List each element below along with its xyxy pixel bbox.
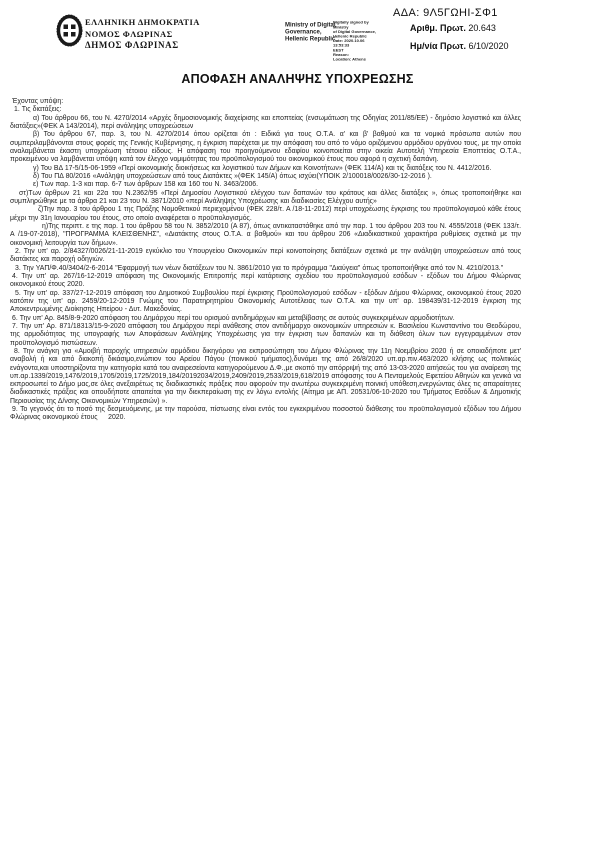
stamp-agency-line: Governance, [285, 28, 339, 35]
body-paragraph: 2. Την υπ' αρ. 2/84327/0026/21-11-2019 ε… [10, 248, 521, 265]
body-paragraph: η)Της περιπτ. ε της παρ. 1 του άρθρου 58… [10, 223, 521, 248]
body-paragraph: Έχοντας υπόψη: [10, 98, 521, 106]
stamp-signature-line: Location: Athens [333, 57, 381, 62]
body-paragraph: β) Του άρθρου 67, παρ. 3, του Ν. 4270/20… [10, 131, 521, 164]
page-title: ΑΠΟΦΑΣΗ ΑΝΑΛΗΨΗΣ ΥΠΟΧΡΕΩΣΗΣ [0, 72, 595, 86]
stamp-agency-text: Ministry of DigitalGovernance,Hellenic R… [285, 21, 339, 42]
body-paragraph: στ)Των άρθρων 21 και 22α του Ν.2362/95 «… [10, 190, 521, 207]
ada-line: ΑΔΑ: 9Λ5ΓΩΗΙ-ΣΦ1 [393, 7, 498, 19]
stamp-signature-line: Date: 2020.10.06 13:53:33 [333, 38, 381, 47]
protocol-date-label: Ημ/νία Πρωτ. [410, 41, 468, 51]
org-line: ΕΛΛΗΝΙΚΗ ΔΗΜΟΚΡΑΤΙΑ [85, 17, 200, 29]
ada-value: 9Λ5ΓΩΗΙ-ΣΦ1 [423, 7, 498, 19]
org-line: ΔΗΜΟΣ ΦΛΩΡΙΝΑΣ [85, 40, 200, 52]
org-line: ΝΟΜΟΣ ΦΛΩΡΙΝΑΣ [85, 29, 200, 41]
greek-coat-of-arms-logo [56, 14, 83, 52]
protocol-date-value: 6/10/2020 [468, 41, 508, 51]
body-paragraph: γ) Του ΒΔ 17-5/15-06-1959 «Περί οικονομι… [10, 165, 521, 173]
protocol-number-value: 20.643 [468, 23, 496, 33]
document-page: ΕΛΛΗΝΙΚΗ ΔΗΜΟΚΡΑΤΙΑΝΟΜΟΣ ΦΛΩΡΙΝΑΣΔΗΜΟΣ Φ… [0, 0, 595, 842]
org-block: ΕΛΛΗΝΙΚΗ ΔΗΜΟΚΡΑΤΙΑΝΟΜΟΣ ΦΛΩΡΙΝΑΣΔΗΜΟΣ Φ… [85, 17, 200, 52]
body-paragraph: 6. Την υπ' Αρ. 845/8-9-2020 απόφαση του … [10, 315, 521, 323]
stamp-signature-line: Digitally signed by Ministry [333, 20, 381, 29]
body-paragraph: 9. Το γεγονός ότι το ποσό της δεσμευόμεν… [10, 406, 521, 423]
body-paragraph: 3. Την ΥΑΠ/Φ.40/3404/2-6-2014 "Εφαρμογή … [10, 265, 521, 273]
document-body: Έχοντας υπόψη:1. Τις διατάξεις:α) Του άρ… [10, 98, 521, 423]
body-paragraph: 7. Την υπ' Αρ. 871/18313/15-9-2020 απόφα… [10, 323, 521, 348]
stamp-signature-text: Digitally signed by Ministryof Digital G… [333, 20, 381, 61]
protocol-number-row: Αριθμ. Πρωτ. 20.643 [410, 23, 496, 33]
body-paragraph: 5. Την υπ' αρ. 337/27-12-2019 απόφαση το… [10, 290, 521, 315]
body-paragraph: 4. Την υπ' αρ. 267/16-12-2019 απόφαση τη… [10, 273, 521, 290]
protocol-number-label: Αριθμ. Πρωτ. [410, 23, 468, 33]
protocol-date-row: Ημ/νία Πρωτ. 6/10/2020 [410, 41, 509, 51]
ada-label: ΑΔΑ: [393, 7, 423, 19]
body-paragraph: α) Του άρθρου 66, του Ν. 4270/2014 «Αρχέ… [10, 115, 521, 132]
stamp-agency-line: Hellenic Republic [285, 35, 339, 42]
body-paragraph: 8. Την ανάγκη για «Αμοιβή παροχής υπηρεσ… [10, 348, 521, 406]
coat-of-arms-icon [56, 14, 83, 47]
body-paragraph: ε) Των παρ. 1-3 και παρ. 6-7 των άρθρων … [10, 181, 521, 189]
body-paragraph: ζ)Την παρ. 3 του άρθρου 1 της Πράξης Νομ… [10, 206, 521, 223]
body-paragraph: 1. Τις διατάξεις: [10, 106, 521, 114]
stamp-agency-line: Ministry of Digital [285, 21, 339, 28]
digital-signature-details: Digitally signed by Ministryof Digital G… [333, 20, 379, 110]
